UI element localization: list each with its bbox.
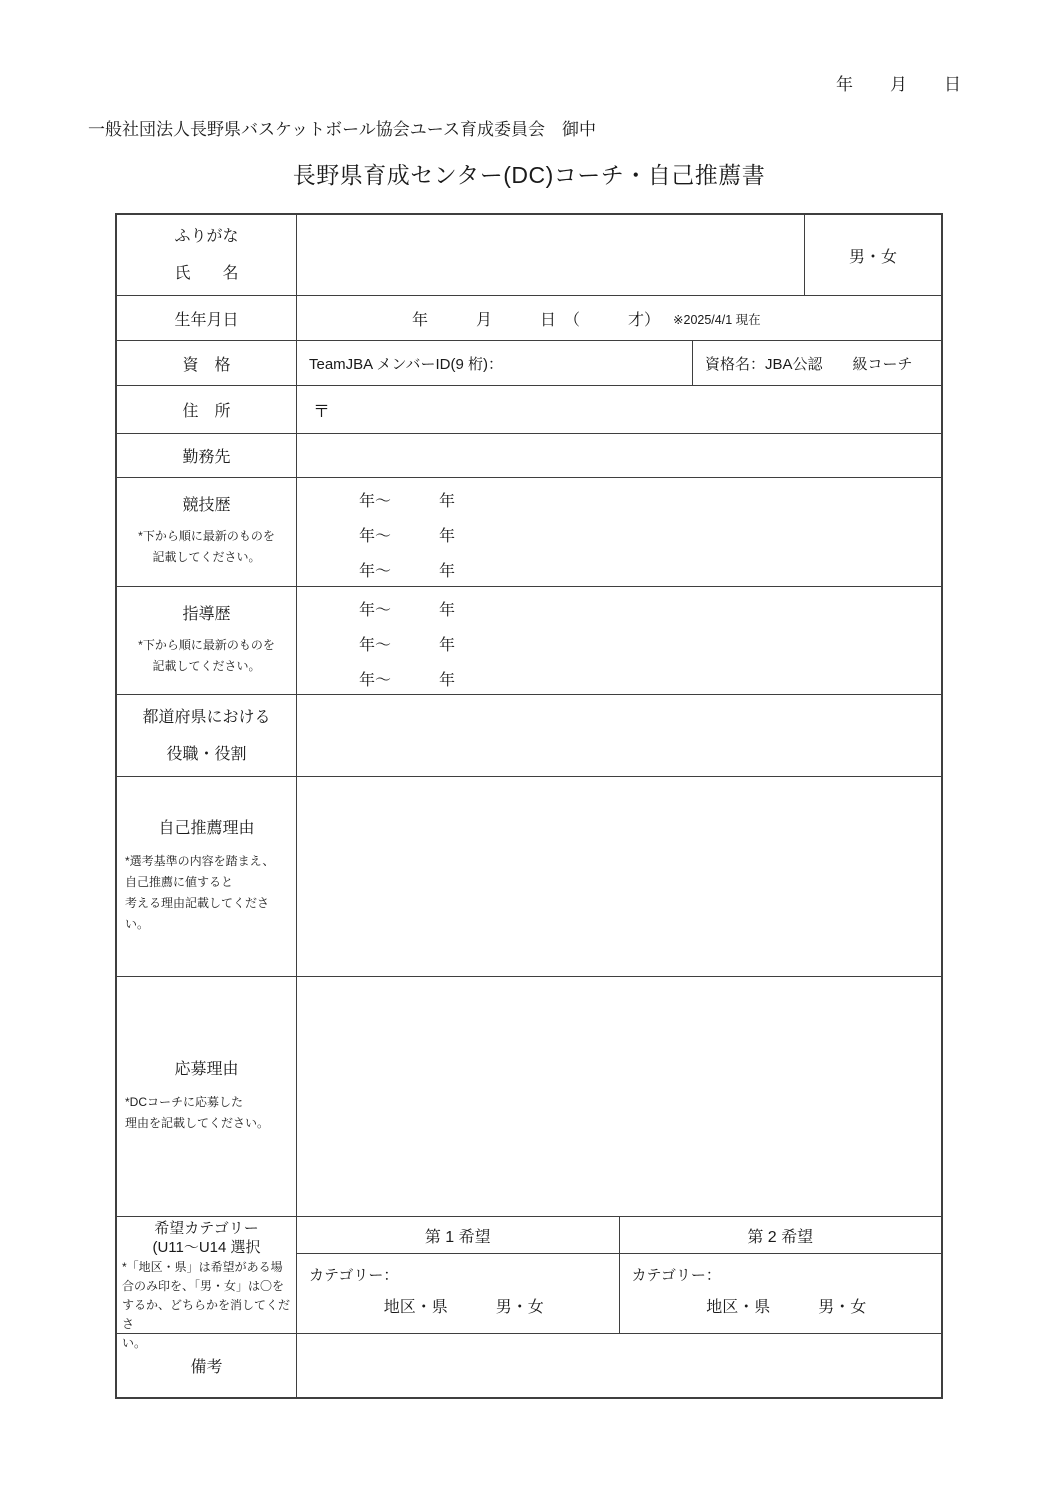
playing-history-label-text: 競技歴 <box>182 496 230 516</box>
coaching-history-label: 指導歴 *下から順に最新のものを 記載してください。 <box>117 587 297 694</box>
first-choice-cell: 第 1 希望 カテゴリー： 地区・県 男・女 <box>297 1217 619 1333</box>
name-label: ふりがな 氏 名 <box>117 215 297 295</box>
self-recommendation-label: 自己推薦理由 *選考基準の内容を踏まえ、 自己推薦に値すると 考える理由記載して… <box>117 777 297 976</box>
birthdate-asof-note: ※2025/4/1 現在 <box>673 310 761 328</box>
page-title: 長野県育成センター(DC)コーチ・自己推薦書 <box>0 157 1058 190</box>
date-line: 年 月 日 <box>0 0 1058 95</box>
self-recommendation-note: *選考基準の内容を踏まえ、 自己推薦に値すると 考える理由記載してくださ い。 <box>125 851 274 935</box>
playing-history-entry-area: 年～ 年 年～ 年 年～ 年 <box>297 478 941 586</box>
row-name: ふりがな 氏 名 男・女 <box>117 215 941 295</box>
workplace-entry-area <box>297 434 941 477</box>
self-recommendation-entry-area <box>297 777 941 976</box>
desired-category-label: 希望カテゴリー (U11～U14 選択 *「地区・県」は希望がある場 合のみ印を… <box>117 1217 297 1333</box>
address-label-text: 住 所 <box>182 398 230 421</box>
recipient-line: 一般社団法人長野県バスケットボール協会ユース育成委員会 御中 <box>88 115 1058 140</box>
cert-name-cell: 資格名：JBA公認 級コーチ <box>692 341 941 385</box>
qualification-label-text: 資 格 <box>182 352 230 375</box>
row-qualification: 資 格 TeamJBA メンバーID(9 桁)： 資格名：JBA公認 級コーチ <box>117 340 941 385</box>
workplace-label-text: 勤務先 <box>182 444 230 467</box>
second-choice-options: 地区・県 男・女 <box>632 1294 942 1317</box>
coaching-history-line: 年～ 年 <box>359 593 941 628</box>
member-id-entry-area: TeamJBA メンバーID(9 桁)： <box>297 341 692 385</box>
row-address: 住 所 〒 <box>117 385 941 433</box>
second-choice-cell: 第 2 希望 カテゴリー： 地区・県 男・女 <box>619 1217 942 1333</box>
category-choices: 第 1 希望 カテゴリー： 地区・県 男・女 第 2 希望 カテゴリー： 地区・… <box>297 1217 941 1333</box>
coaching-history-line: 年～ 年 <box>359 663 941 698</box>
coaching-history-label-text: 指導歴 <box>182 605 230 625</box>
row-birthdate: 生年月日 年 月 日 （ 才） ※2025/4/1 現在 <box>117 295 941 340</box>
gender-options-text: 男・女 <box>849 244 897 267</box>
first-choice-category-label: カテゴリー： <box>309 1264 619 1285</box>
birthdate-entry-area: 年 月 日 （ 才） ※2025/4/1 現在 <box>297 296 941 340</box>
row-workplace: 勤務先 <box>117 433 941 477</box>
birthdate-label: 生年月日 <box>117 296 297 340</box>
row-self-recommendation: 自己推薦理由 *選考基準の内容を踏まえ、 自己推薦に値すると 考える理由記載して… <box>117 776 941 976</box>
playing-history-note: *下から順に最新のものを 記載してください。 <box>138 526 275 568</box>
address-label: 住 所 <box>117 386 297 433</box>
workplace-label: 勤務先 <box>117 434 297 477</box>
first-choice-options: 地区・県 男・女 <box>309 1294 619 1317</box>
desired-category-label-text: 希望カテゴリー (U11～U14 選択 <box>152 1219 260 1257</box>
row-remarks: 備考 <box>117 1333 941 1397</box>
remarks-entry-area <box>297 1334 941 1397</box>
coaching-history-note: *下から順に最新のものを 記載してください。 <box>138 635 275 677</box>
row-prefecture-role: 都道府県における 役職・役割 <box>117 694 941 776</box>
member-id-text: TeamJBA メンバーID(9 桁)： <box>309 353 503 374</box>
self-recommendation-label-text: 自己推薦理由 <box>158 819 254 839</box>
prefecture-role-label-text: 都道府県における 役職・役割 <box>142 699 270 773</box>
row-desired-category: 希望カテゴリー (U11～U14 選択 *「地区・県」は希望がある場 合のみ印を… <box>117 1216 941 1333</box>
remarks-label-text: 備考 <box>190 1354 222 1377</box>
row-playing-history: 競技歴 *下から順に最新のものを 記載してください。 年～ 年 年～ 年 年～ … <box>117 477 941 586</box>
application-reason-entry-area <box>297 977 941 1216</box>
playing-history-line: 年～ 年 <box>359 519 941 554</box>
coaching-history-entry-area: 年～ 年 年～ 年 年～ 年 <box>297 587 941 694</box>
cert-name-text: 資格名：JBA公認 級コーチ <box>705 353 913 374</box>
postal-mark: 〒 <box>313 397 330 422</box>
first-choice-entry-area: カテゴリー： 地区・県 男・女 <box>297 1254 619 1333</box>
row-coaching-history: 指導歴 *下から順に最新のものを 記載してください。 年～ 年 年～ 年 年～ … <box>117 586 941 694</box>
prefecture-role-label: 都道府県における 役職・役割 <box>117 695 297 776</box>
application-reason-label-text: 応募理由 <box>174 1060 238 1080</box>
application-reason-note: *DCコーチに応募した 理由を記載してください。 <box>125 1092 269 1134</box>
second-choice-category-label: カテゴリー： <box>632 1264 942 1285</box>
name-label-text: ふりがな 氏 名 <box>174 218 238 292</box>
coaching-history-line: 年～ 年 <box>359 628 941 663</box>
remarks-label: 備考 <box>117 1334 297 1397</box>
application-form-table: ふりがな 氏 名 男・女 生年月日 年 月 日 （ 才） ※2025/4/1 現… <box>115 213 943 1399</box>
gender-cell: 男・女 <box>804 215 941 295</box>
prefecture-role-entry-area <box>297 695 941 776</box>
birthdate-placeholder-text: 年 月 日 （ 才） <box>412 307 660 330</box>
row-application-reason: 応募理由 *DCコーチに応募した 理由を記載してください。 <box>117 976 941 1216</box>
first-choice-header: 第 1 希望 <box>297 1217 619 1254</box>
playing-history-label: 競技歴 *下から順に最新のものを 記載してください。 <box>117 478 297 586</box>
name-entry-area <box>297 215 804 295</box>
playing-history-line: 年～ 年 <box>359 484 941 519</box>
birthdate-label-text: 生年月日 <box>174 307 238 330</box>
qualification-label: 資 格 <box>117 341 297 385</box>
address-entry-area: 〒 <box>297 386 941 433</box>
playing-history-line: 年～ 年 <box>359 554 941 589</box>
second-choice-entry-area: カテゴリー： 地区・県 男・女 <box>620 1254 942 1333</box>
application-reason-label: 応募理由 *DCコーチに応募した 理由を記載してください。 <box>117 977 297 1216</box>
second-choice-header: 第 2 希望 <box>620 1217 942 1254</box>
